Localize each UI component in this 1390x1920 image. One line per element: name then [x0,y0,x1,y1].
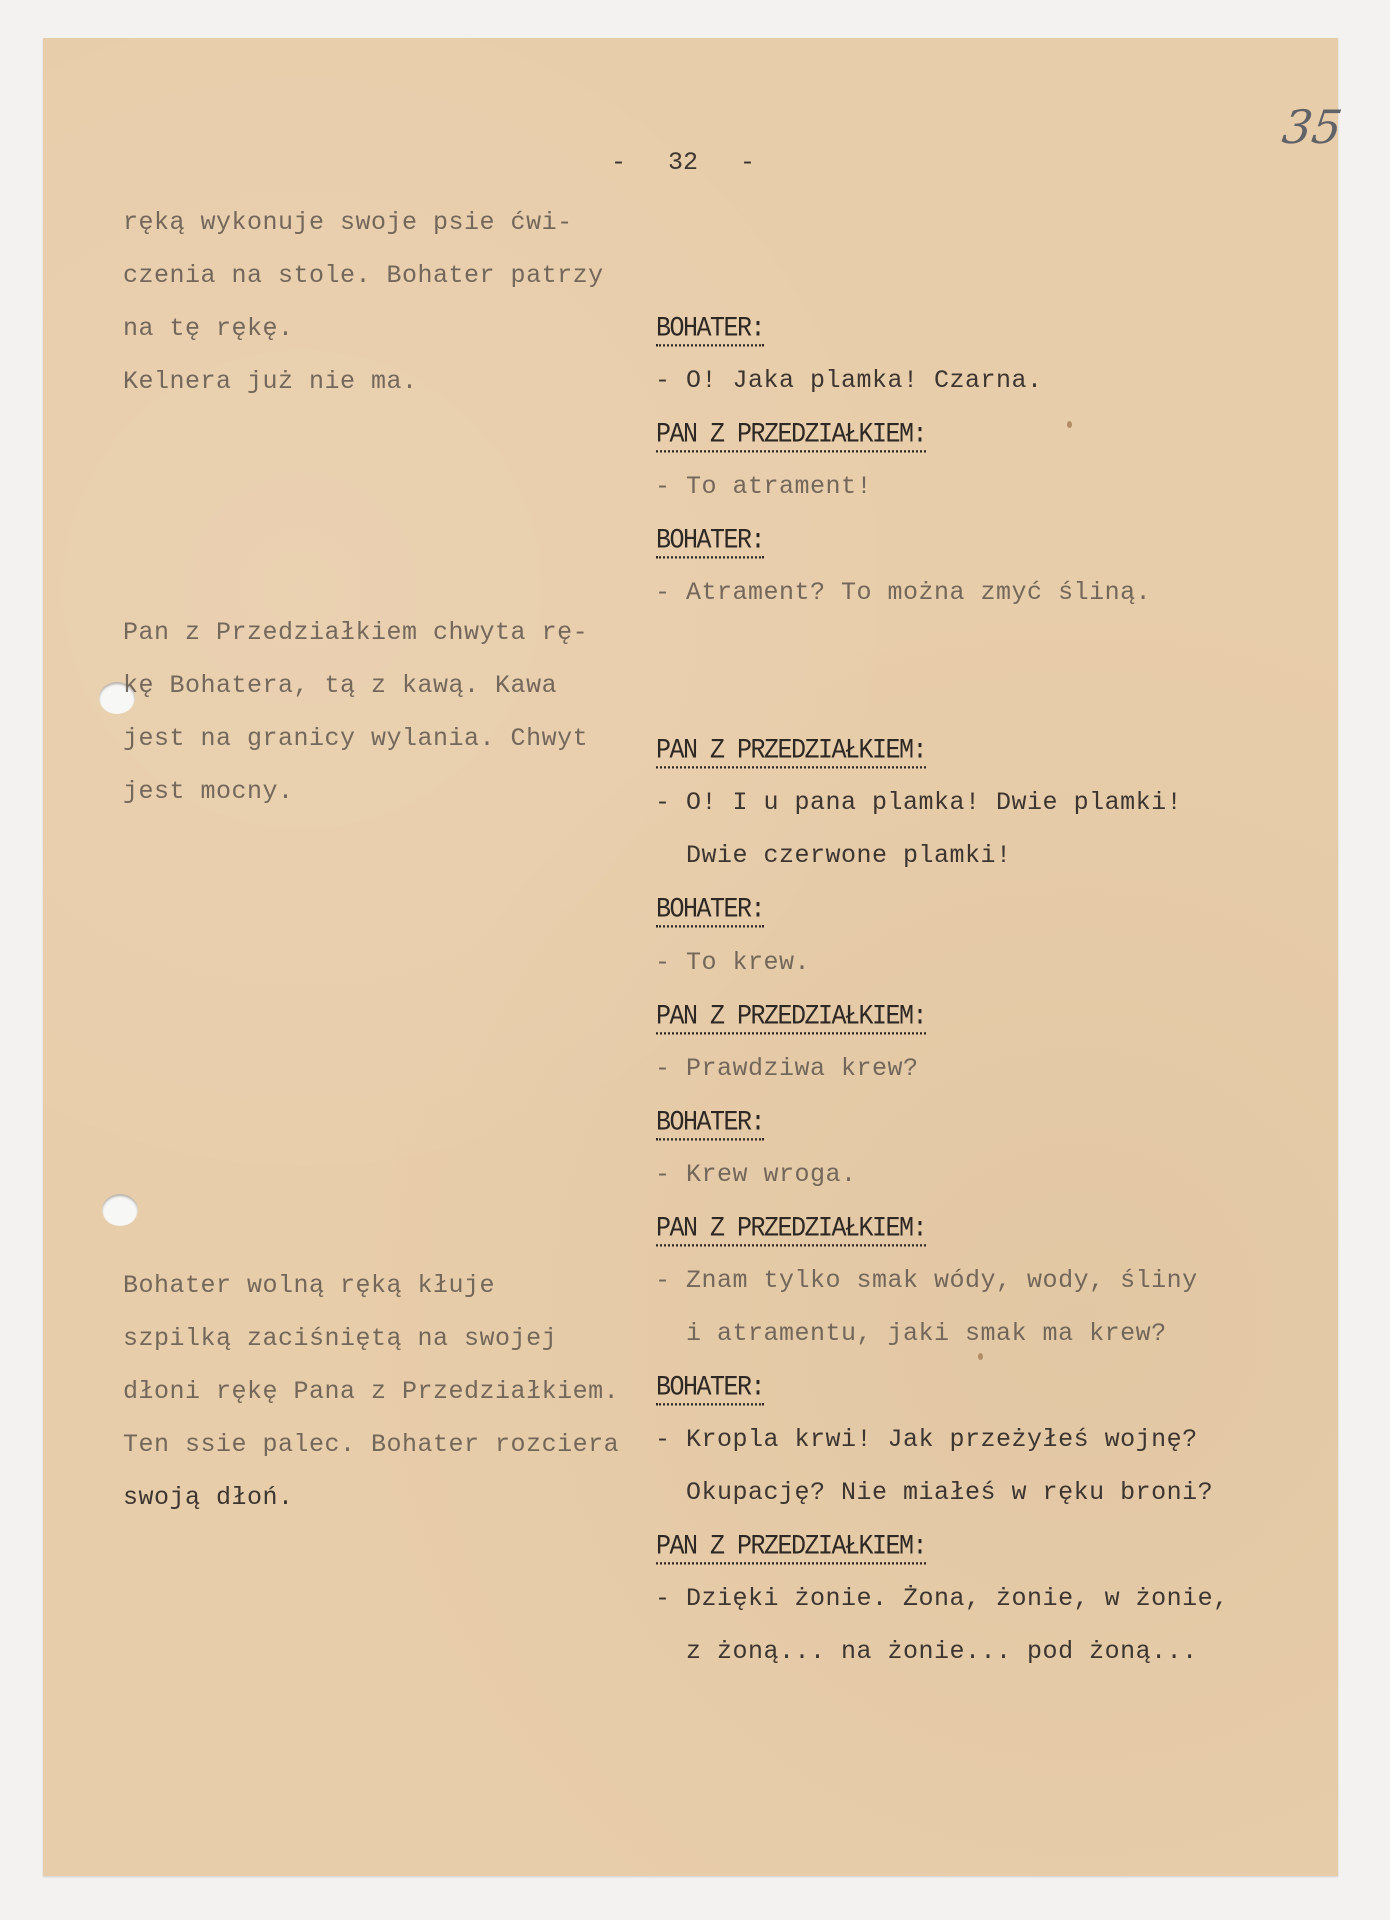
direction-line: szpilką zaciśniętą na swojej [123,1326,557,1351]
direction-line: na tę rękę. [123,316,294,341]
stain [978,1353,983,1360]
direction-line: kę Bohatera, tą z kawą. Kawa [123,673,557,698]
archive-page-number: 35 [1279,100,1345,154]
punch-hole [102,1194,138,1226]
speaker-name: PAN Z PRZEDZIAŁKIEM: [656,1214,926,1246]
dialogue-line: z żoną... na żonie... pod żoną... [655,1639,1198,1664]
speaker-name: PAN Z PRZEDZIAŁKIEM: [656,1532,926,1564]
speaker-name: BOHATER: [656,526,764,558]
direction-line: czenia na stole. Bohater patrzy [123,263,604,288]
dialogue-line: - To atrament! [655,474,872,499]
dialogue-line: - Dzięki żonie. Żona, żonie, w żonie, [655,1586,1229,1611]
direction-line: Kelnera już nie ma. [123,369,418,394]
speaker-name: PAN Z PRZEDZIAŁKIEM: [656,420,926,452]
dialogue-line: - To krew. [655,950,810,975]
speaker-name: PAN Z PRZEDZIAŁKIEM: [656,1002,926,1034]
direction-line: Bohater wolną ręką kłuje [123,1273,495,1298]
speaker-name: BOHATER: [656,1108,764,1140]
speaker-name: BOHATER: [656,1373,764,1405]
speaker-name: PAN Z PRZEDZIAŁKIEM: [656,736,926,768]
speaker-name: BOHATER: [656,895,764,927]
typewritten-page: 35 - 32 - ręką wykonuje swoje psie ćwi- … [43,38,1338,1876]
direction-line: dłoni rękę Pana z Przedziałkiem. [123,1379,619,1404]
dialogue-line: i atramentu, jaki smak ma krew? [655,1321,1167,1346]
dialogue-line: - Atrament? To można zmyć śliną. [655,580,1151,605]
dialogue-line: - Znam tylko smak wódy, wody, śliny [655,1268,1198,1293]
direction-line: swoją dłoń. [123,1485,294,1510]
dialogue-line: - Kropla krwi! Jak przeżyłeś wojnę? [655,1427,1198,1452]
direction-line: jest mocny. [123,779,294,804]
direction-line: Pan z Przedziałkiem chwyta rę- [123,620,588,645]
dialogue-line: Dwie czerwone plamki! [655,843,1012,868]
stain [1067,421,1072,428]
dialogue-line: - Prawdziwa krew? [655,1056,919,1081]
dialogue-line: Okupację? Nie miałeś w ręku broni? [655,1480,1213,1505]
direction-line: Ten ssie palec. Bohater rozciera [123,1432,619,1457]
direction-line: ręką wykonuje swoje psie ćwi- [123,210,573,235]
direction-line: jest na granicy wylania. Chwyt [123,726,588,751]
dialogue-line: - Krew wroga. [655,1162,857,1187]
dialogue-line: - O! I u pana plamka! Dwie plamki! [655,790,1182,815]
speaker-name: BOHATER: [656,314,764,346]
page-number: - 32 - [611,148,755,177]
dialogue-line: - O! Jaka plamka! Czarna. [655,368,1043,393]
